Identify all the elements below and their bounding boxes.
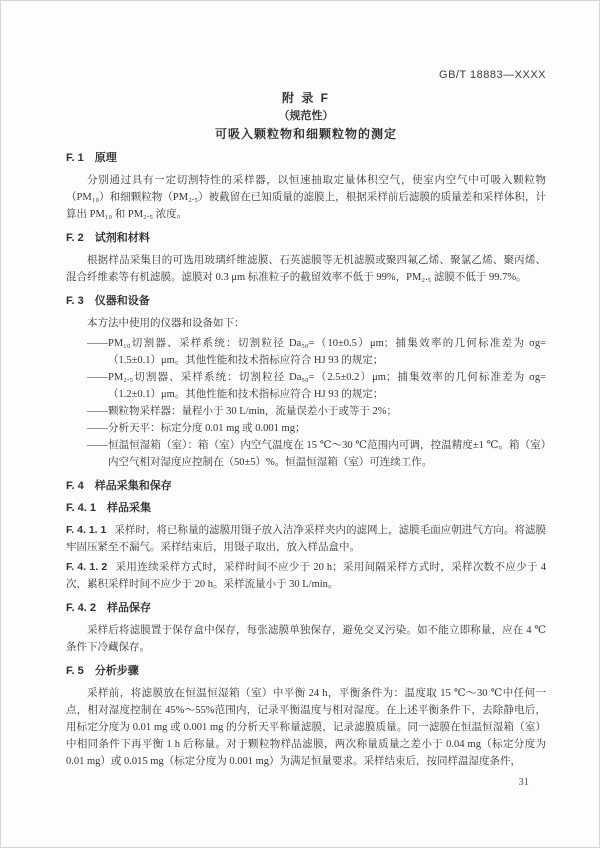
page-number: 31 [519,777,530,788]
section-heading-f3: F. 3 仪器和设备 [66,295,546,308]
section-f4-2-paragraph: 采样后将滤膜置于保存盒中保存，每张滤膜单独保存，避免交叉污染。如不能立即称量，应… [66,622,546,656]
appendix-title: 附 录 F [66,89,546,107]
clause-text: 采样时，将已称量的滤膜用镊子放入洁净采样夹内的滤网上，滤膜毛面应朝进气方向。将滤… [66,525,546,553]
clause-f4-1-2: F. 4. 1. 2采用连续采样方式时，采样时间不应少于 20 h；采用间隔采样… [66,559,546,593]
clause-number: F. 4. 1. 2 [66,561,107,573]
doc-code: GB/T 18883—XXXX [439,69,546,81]
section-f3-intro: 本方法中使用的仪器和设备如下： [66,315,546,332]
doc-header: GB/T 18883—XXXX [66,69,546,81]
section-heading-f1: F. 1 原理 [66,152,546,165]
list-item: ——恒温恒湿箱（室）：箱（室）内空气温度在 15 ℃～30 ℃范围内可调，控温精… [66,437,546,471]
section-heading-f4-2: F. 4. 2 样品保存 [66,602,546,615]
list-item: ——颗粒物采样器：量程小于 30 L/min，流量误差小于或等于 2%； [66,403,546,420]
section-heading-f4: F. 4 样品采集和保存 [66,480,546,493]
clause-f4-1-1: F. 4. 1. 1采样时，将已称量的滤膜用镊子放入洁净采样夹内的滤网上，滤膜毛… [66,522,546,556]
section-heading-f4-1: F. 4. 1 样品采集 [66,502,546,515]
equipment-list: ——PM₁₀切割器、采样系统：切割粒径 Da₅₀=（10±0.5）μm；捕集效率… [66,335,546,471]
section-heading-f2: F. 2 试剂和材料 [66,232,546,245]
list-item: ——PM₁₀切割器、采样系统：切割粒径 Da₅₀=（10±0.5）μm；捕集效率… [66,335,546,369]
section-f1-paragraph: 分别通过具有一定切割特性的采样器，以恒速抽取定量体积空气，使室内空气中可吸入颗粒… [66,172,546,223]
section-heading-f5: F. 5 分析步骤 [66,665,546,678]
clause-text: 采用连续采样方式时，采样时间不应少于 20 h；采用间隔采样方式时，采样次数不应… [66,562,546,590]
list-item: ——PM₂.₅切割器、采样系统：切割粒径 Da₅₀=（2.5±0.2）μm；捕集… [66,369,546,403]
section-f5-paragraph: 采样前，将滤膜放在恒温恒湿箱（室）中平衡 24 h，平衡条件为：温度取 15 ℃… [66,685,546,770]
appendix-subject-title: 可吸入颗粒物和细颗粒物的测定 [66,125,546,143]
section-f2-paragraph: 根据样品采集目的可选用玻璃纤维滤膜、石英滤膜等无机滤膜或聚四氟乙烯、聚氯乙烯、聚… [66,252,546,286]
appendix-normative-label: （规范性） [66,107,546,125]
page-footer: 31 [1,777,529,788]
list-item: ——分析天平：标定分度 0.01 mg 或 0.001 mg； [66,420,546,437]
document-page: GB/T 18883—XXXX 附 录 F （规范性） 可吸入颗粒物和细颗粒物的… [0,0,600,848]
appendix-title-block: 附 录 F （规范性） 可吸入颗粒物和细颗粒物的测定 [66,89,546,143]
clause-number: F. 4. 1. 1 [66,524,106,536]
